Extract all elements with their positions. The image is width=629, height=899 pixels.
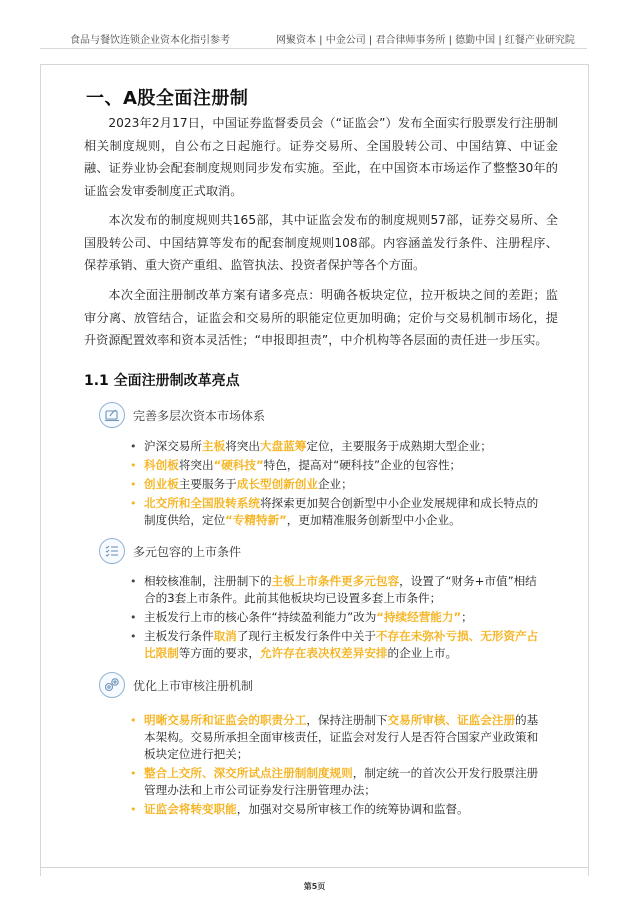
text-run: 沪深交易所 — [144, 439, 202, 453]
bullet-dot-icon: • — [130, 712, 137, 729]
bullet-list: •相较核准制，注册制下的主板上市条件更多元包容，设置了“财务+市值”相结合的3套… — [128, 573, 548, 664]
text-run: ，保持注册制下 — [306, 713, 387, 727]
paragraph-3: 本次全面注册制改革方案有诸多亮点：明确各板块定位，拉开板块之间的差距；监审分离、… — [84, 284, 558, 352]
list-item: •主板发行条件取消了现行主板发行条件中关于不存在未弥补亏损、无形资产占比限制等方… — [128, 628, 548, 662]
highlighted-text: 大盘蓝筹 — [260, 439, 306, 453]
bullet-dot-icon: • — [130, 628, 137, 645]
highlighted-text: 允许存在表决权差异安排 — [260, 646, 388, 660]
highlighted-text: “硬科技” — [214, 458, 264, 472]
highlighted-text: “专精特新” — [225, 513, 287, 527]
text-run: 主板发行条件 — [144, 629, 214, 643]
bullet-dot-icon: • — [130, 457, 137, 474]
footer-rule — [40, 867, 589, 868]
bullet-dot-icon: • — [130, 438, 137, 455]
highlighted-text: 交易所审核、证监会注册 — [388, 713, 516, 727]
text-run: ，更加精准服务创新型中小企业。 — [287, 513, 461, 527]
gears-icon — [99, 672, 125, 698]
highlighted-text: 明晰交易所和证监会的职责分工 — [144, 713, 306, 727]
text-run: 等方面的要求， — [179, 646, 260, 660]
running-header: 食品与餐饮连锁企业资本化指引参考 网聚资本 | 中金公司 | 君合律师事务所 |… — [40, 27, 587, 49]
list-item: •证监会将转变职能，加强对交易所审核工作的统筹协调和监督。 — [128, 801, 548, 818]
list-item: •沪深交易所主板将突出大盘蓝筹定位，主要服务于成熟期大型企业； — [128, 438, 548, 455]
publishers: 网聚资本 | 中金公司 | 君合律师事务所 | 德勤中国 | 红餐产业研究院 — [276, 31, 575, 46]
text-run: 将突出 — [225, 439, 260, 453]
subsection-title: 1.1 全面注册制改革亮点 — [84, 370, 240, 390]
page-number: 第5页 — [0, 881, 629, 892]
paragraph-2: 本次发布的制度规则共165部，其中证监会发布的制度规则57部，证券交易所、全国股… — [84, 209, 558, 277]
bullet-dot-icon: • — [130, 765, 137, 782]
text-run: 定位，主要服务于成熟期大型企业； — [306, 439, 492, 453]
highlighted-text: 创业板 — [144, 477, 179, 491]
highlighted-text: 北交所和全国股转系统 — [144, 496, 260, 510]
feature-heading-market-system: 完善多层次资本市场体系 — [99, 402, 265, 428]
feature-label: 优化上市审核注册机制 — [133, 677, 253, 694]
highlighted-text: “持续经营能力” — [376, 610, 461, 624]
list-item: •相较核准制，注册制下的主板上市条件更多元包容，设置了“财务+市值”相结合的3套… — [128, 573, 548, 607]
checklist-icon — [99, 538, 125, 564]
feature-label: 完善多层次资本市场体系 — [133, 407, 265, 424]
text-run: ，加强对交易所审核工作的统筹协调和监督。 — [237, 802, 469, 816]
list-item: •整合上交所、深交所试点注册制制度规则，制定统一的首次公开发行股票注册管理办法和… — [128, 765, 548, 799]
highlighted-text: 成长型创新创业 — [237, 477, 318, 491]
bullet-dot-icon: • — [130, 573, 137, 590]
feature-heading-listing-conditions: 多元包容的上市条件 — [99, 538, 241, 564]
list-item: •创业板主要服务于成长型创新创业企业； — [128, 476, 548, 493]
laptop-icon — [99, 402, 125, 428]
text-run: 特色，提高对“硬科技”企业的包容性； — [264, 458, 462, 472]
text-run: 了现行主板发行条件中关于 — [237, 629, 376, 643]
bullet-dot-icon: • — [130, 609, 137, 626]
bullet-dot-icon: • — [130, 495, 137, 512]
highlighted-text: 主板 — [202, 439, 225, 453]
text-run: 主板发行上市的核心条件“持续盈利能力”改为 — [144, 610, 376, 624]
text-run: 将突出 — [179, 458, 214, 472]
document-title: 食品与餐饮连锁企业资本化指引参考 — [70, 31, 230, 46]
list-item: •明晰交易所和证监会的职责分工，保持注册制下交易所审核、证监会注册的基本架构。交… — [128, 712, 548, 763]
bullet-dot-icon: • — [130, 801, 137, 818]
bullet-dot-icon: • — [130, 476, 137, 493]
text-run: 主要服务于 — [179, 477, 237, 491]
feature-heading-review-mechanism: 优化上市审核注册机制 — [99, 672, 253, 698]
text-run: ； — [461, 610, 473, 624]
paragraph-1: 2023年2月17日，中国证券监督委员会（“证监会”）发布全面实行股票发行注册制… — [84, 112, 558, 202]
feature-label: 多元包容的上市条件 — [133, 543, 241, 560]
highlighted-text: 证监会将转变职能 — [144, 802, 237, 816]
highlighted-text: 科创板 — [144, 458, 179, 472]
bullet-list: •沪深交易所主板将突出大盘蓝筹定位，主要服务于成熟期大型企业；•科创板将突出“硬… — [128, 438, 548, 531]
highlighted-text: 主板上市条件更多元包容 — [272, 574, 400, 588]
text-run: 的企业上市。 — [388, 646, 458, 660]
text-run: 相较核准制，注册制下的 — [144, 574, 272, 588]
text-run: 企业； — [318, 477, 353, 491]
list-item: •科创板将突出“硬科技”特色，提高对“硬科技”企业的包容性； — [128, 457, 548, 474]
highlighted-text: 取消 — [214, 629, 237, 643]
list-item: •北交所和全国股转系统将探索更加契合创新型中小企业发展规律和成长特点的制度供给，… — [128, 495, 548, 529]
highlighted-text: 整合上交所、深交所试点注册制制度规则 — [144, 766, 353, 780]
list-item: •主板发行上市的核心条件“持续盈利能力”改为“持续经营能力”； — [128, 609, 548, 626]
section-title: 一、A股全面注册制 — [86, 84, 248, 110]
bullet-list: •明晰交易所和证监会的职责分工，保持注册制下交易所审核、证监会注册的基本架构。交… — [128, 712, 548, 820]
